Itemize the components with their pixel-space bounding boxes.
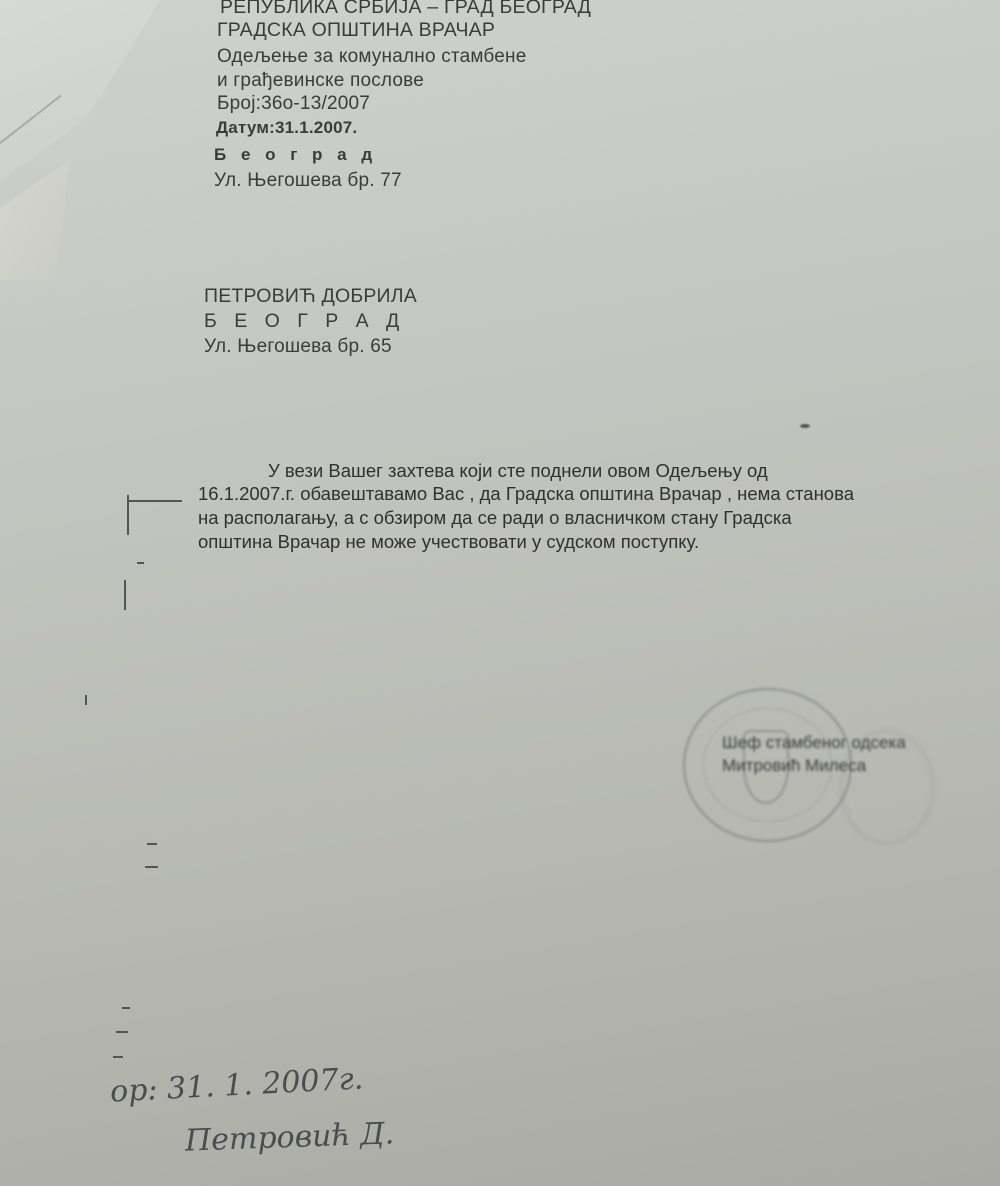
margin-tick — [147, 843, 157, 845]
header-department-1: Одељење за комунално стамбене — [217, 46, 527, 68]
recipient-address: Ул. Његошева бр. 65 — [204, 336, 392, 358]
body-line-2: 16.1.2007.г. обавештавамо Вас , да Градс… — [198, 483, 854, 505]
ink-speck — [800, 424, 810, 428]
margin-tick — [122, 1007, 130, 1009]
margin-tick — [145, 866, 158, 868]
margin-tick — [137, 562, 144, 564]
margin-tick — [116, 1031, 128, 1033]
sender-city: Б е о г р а д — [214, 145, 377, 165]
header-municipality: ГРАДСКА ОПШТИНА ВРАЧАР — [217, 19, 495, 42]
margin-bracket-horizontal — [127, 500, 182, 502]
header-republic: РЕПУБЛИКА СРБИЈА – ГРАД БЕОГРАД — [220, 0, 591, 19]
body-line-3: на располагању, а с обзиром да се ради о… — [198, 507, 792, 529]
signatory-name: Митровић Милеса — [722, 756, 866, 776]
body-line-1: У вези Вашег захтева који сте поднели ов… — [268, 460, 768, 482]
document-date: Датум:31.1.2007. — [216, 118, 357, 138]
signatory-title: Шеф стамбеног одсека — [722, 733, 906, 753]
document-number: Број:36о-13/2007 — [217, 93, 370, 115]
sender-address: Ул. Његошева бр. 77 — [214, 170, 402, 192]
body-line-1-text: У вези Вашег захтева који сте поднели ов… — [268, 460, 768, 481]
recipient-city: Б Е О Г Р А Д — [204, 310, 405, 333]
body-line-4: општина Врачар не може учествовати у суд… — [198, 531, 699, 553]
margin-dot — [85, 695, 87, 705]
margin-line — [124, 580, 126, 610]
handwritten-signature: Петровић Д. — [184, 1116, 394, 1158]
handwritten-received-date: ор: 31. 1. 2007г. — [109, 1061, 364, 1109]
fold-shadow — [0, 160, 70, 280]
margin-tick — [113, 1056, 123, 1058]
header-department-2: и грађевинске послове — [217, 70, 424, 92]
recipient-name: ПЕТРОВИЋ ДОБРИЛА — [204, 285, 417, 308]
